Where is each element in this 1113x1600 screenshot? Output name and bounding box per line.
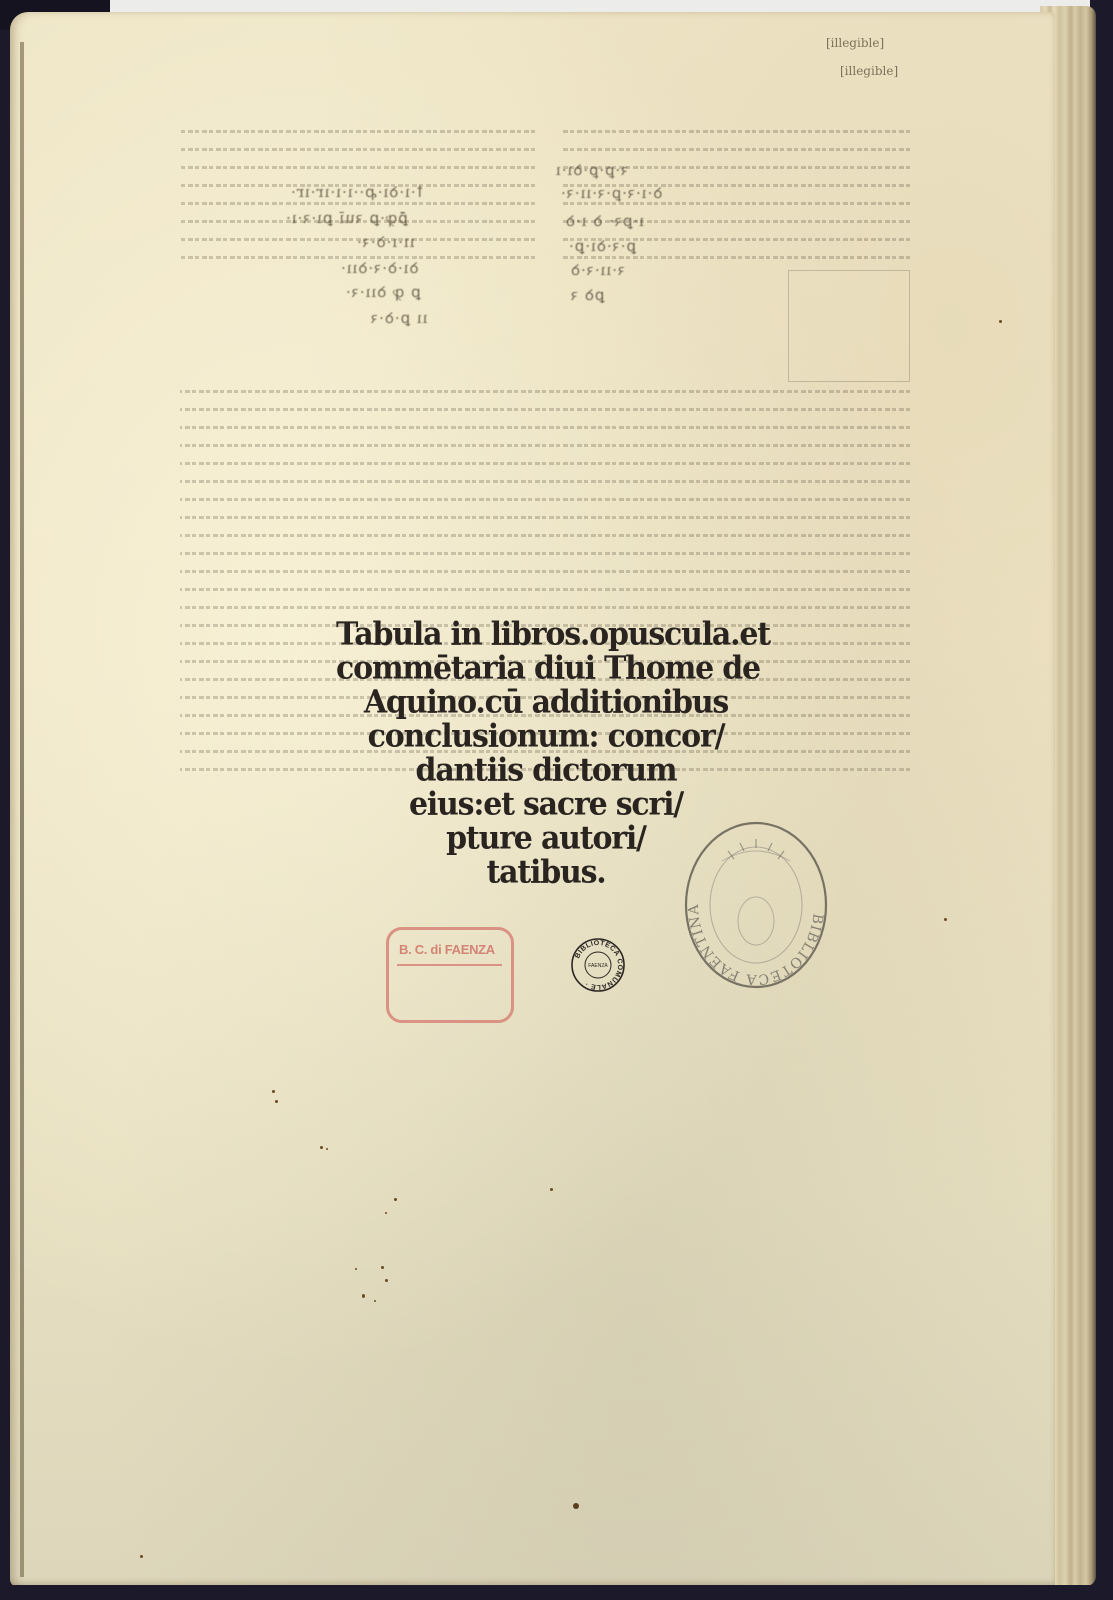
bleed-fragment: ıı ꝑ·ꝺ·ꝛ (370, 308, 428, 328)
foxing-spot (944, 918, 947, 921)
foxing-spot (999, 320, 1002, 323)
foxing-spot (272, 1090, 275, 1093)
foxing-spot (326, 1148, 328, 1150)
svg-text:FAENZA: FAENZA (588, 963, 608, 969)
title-line: commētaria diui Thome de (336, 651, 756, 687)
bleed-fragment: ꝺ·ı·ꝛ·ꝑ·ꝛ·ıı·ꝛ· (560, 183, 662, 203)
bleed-fragment: ꝑꝺ ꝛ (570, 285, 604, 305)
bleed-fragment: ꝺı·ꝺ·ꝛ·ꝺıı· (340, 258, 419, 278)
bleed-fragment: ı·ꝑꝛ· ꝺ ı·ꝺ (565, 211, 644, 231)
bleed-fragment: ıı·ı·ꝺ·ꝛ· (356, 232, 415, 252)
foxing-spot (381, 1266, 384, 1269)
foxing-spot (362, 1294, 365, 1298)
foxing-spot (573, 1503, 579, 1509)
binding-gutter (20, 42, 24, 1577)
foxing-spot (320, 1146, 323, 1149)
bleed-fragment: ꝛ·ıı·ꝛ·ꝺ (570, 260, 625, 280)
title-line: conclusionum: concor/ (336, 719, 756, 755)
foxing-spot (355, 1268, 357, 1270)
circular-library-stamp: BIBLIOTECA COMUNALE · FAENZA (570, 937, 626, 993)
foxing-spot (550, 1188, 553, 1191)
bleed-fragment: ꝑ ꝙ ꝺıı·ꝛ· (345, 282, 421, 302)
bleed-fragment: ꝉ·ı·ꝺı·ꝓ··ı·ı·ır·ır· (290, 182, 423, 202)
bleed-fragment: ꝑ̄ꝙ·ꝑ ꝛuı̄ ꝑı·ꝛ·ı· (285, 208, 408, 228)
foxing-spot (275, 1100, 278, 1103)
folio-mark-secondary: [illegible] (840, 64, 898, 78)
folio-mark: [illegible] (826, 36, 884, 50)
title-line: Aquino.cū additionibus (336, 685, 756, 721)
red-stamp-text: B. C. di FAENZA (399, 942, 495, 957)
title-line: dantiis dictorum (336, 753, 756, 789)
bleed-fragment: ꝛ·ꝑ·ꝑ·ꝺı·ı (555, 160, 628, 180)
foxing-spot (385, 1279, 388, 1282)
title-line: Tabula in libros.opuscula.et (336, 617, 756, 653)
foxing-spot (374, 1300, 376, 1302)
bleed-fragment: ꝑ·ꝛ·ꝺı·ꝑ· (568, 236, 636, 256)
title-line: eius:et sacre scri/ (336, 787, 756, 823)
dark-background-bottom (0, 1585, 1113, 1600)
red-library-stamp: B. C. di FAENZA (386, 927, 514, 1023)
red-stamp-rule (397, 964, 502, 966)
oval-library-stamp: BIBLIOTECA FAENTINA (684, 821, 828, 989)
foxing-spot (140, 1555, 143, 1558)
foxing-spot (394, 1198, 397, 1201)
foxing-spot (385, 1212, 387, 1214)
